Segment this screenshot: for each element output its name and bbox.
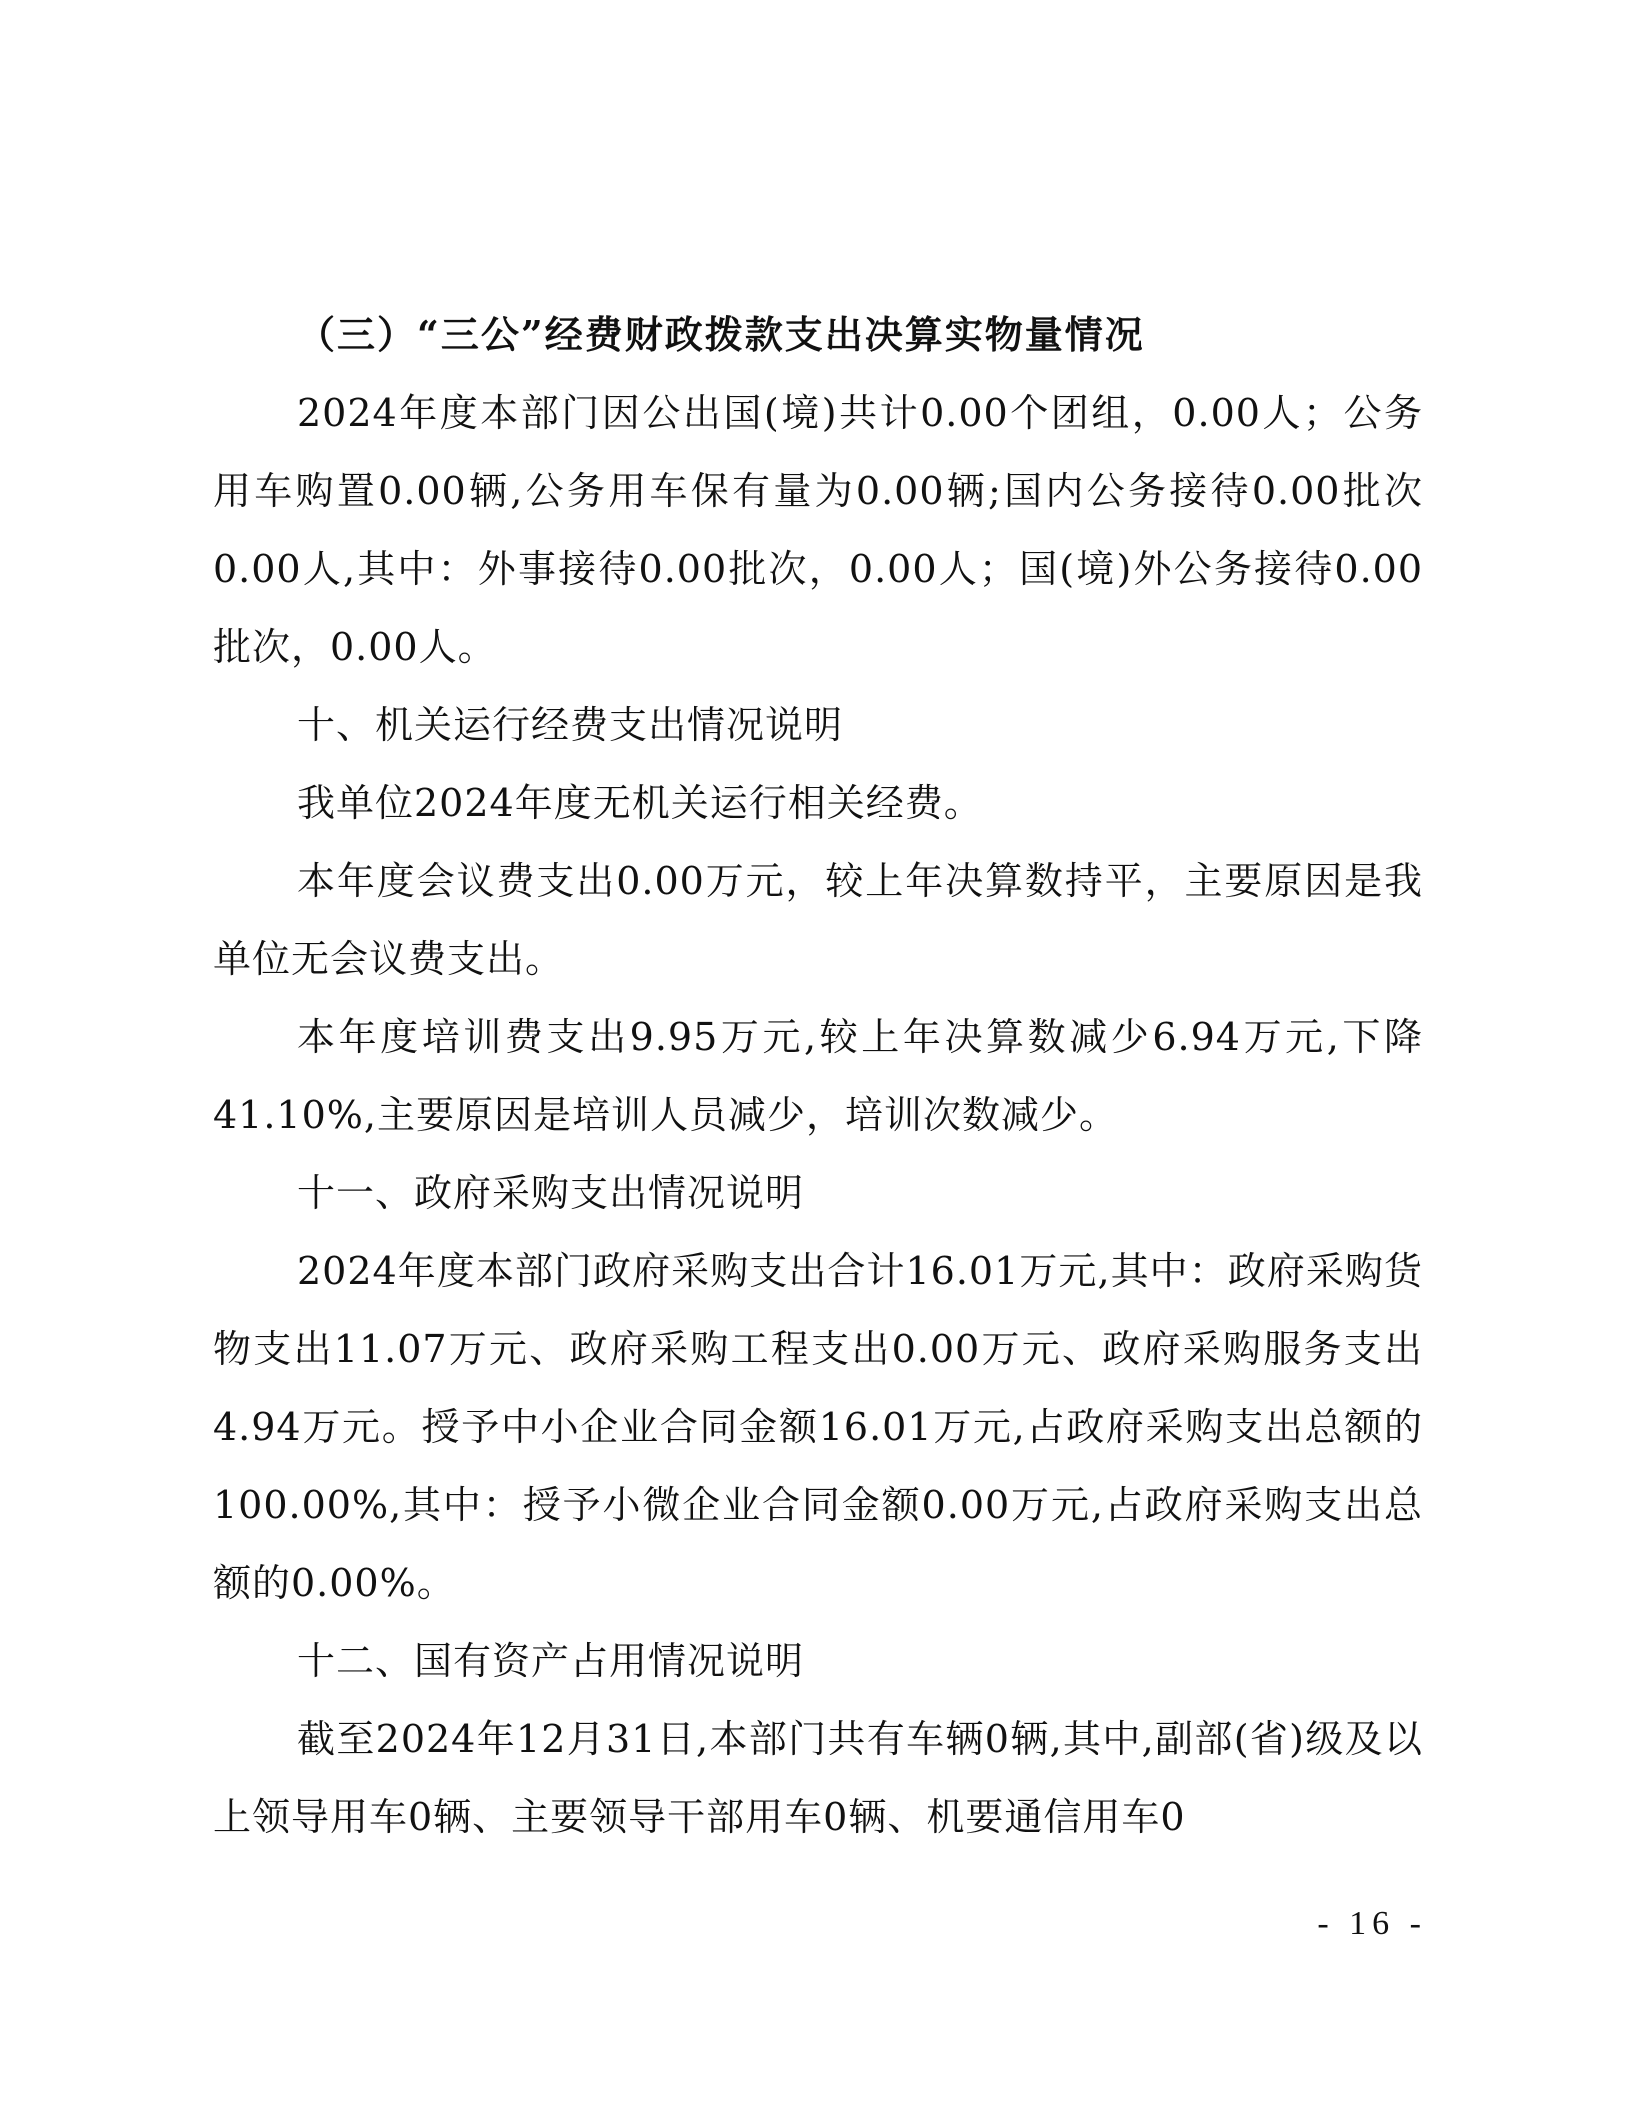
paragraph-three-public-physical: 2024年度本部门因公出国(境)共计0.00个团组，0.00人；公务用车购置0.…	[213, 374, 1423, 686]
paragraph-office-operating-none: 我单位2024年度无机关运行相关经费。	[213, 764, 1423, 842]
paragraph-training-expenses: 本年度培训费支出9.95万元,较上年决算数减少6.94万元,下降41.10%,主…	[213, 998, 1423, 1154]
heading-office-operating-expenses: 十、机关运行经费支出情况说明	[213, 686, 1423, 764]
document-page: （三）“三公”经费财政拨款支出决算实物量情况 2024年度本部门因公出国(境)共…	[213, 296, 1423, 1856]
heading-state-assets: 十二、国有资产占用情况说明	[213, 1622, 1423, 1700]
page-number: - 16 -	[1317, 1905, 1427, 1943]
paragraph-government-procurement: 2024年度本部门政府采购支出合计16.01万元,其中：政府采购货物支出11.0…	[213, 1232, 1423, 1622]
paragraph-state-assets-vehicles: 截至2024年12月31日,本部门共有车辆0辆,其中,副部(省)级及以上领导用车…	[213, 1700, 1423, 1856]
heading-government-procurement: 十一、政府采购支出情况说明	[213, 1154, 1423, 1232]
subheading-three-public-physical: （三）“三公”经费财政拨款支出决算实物量情况	[213, 296, 1423, 374]
paragraph-meeting-expenses: 本年度会议费支出0.00万元，较上年决算数持平，主要原因是我单位无会议费支出。	[213, 842, 1423, 998]
